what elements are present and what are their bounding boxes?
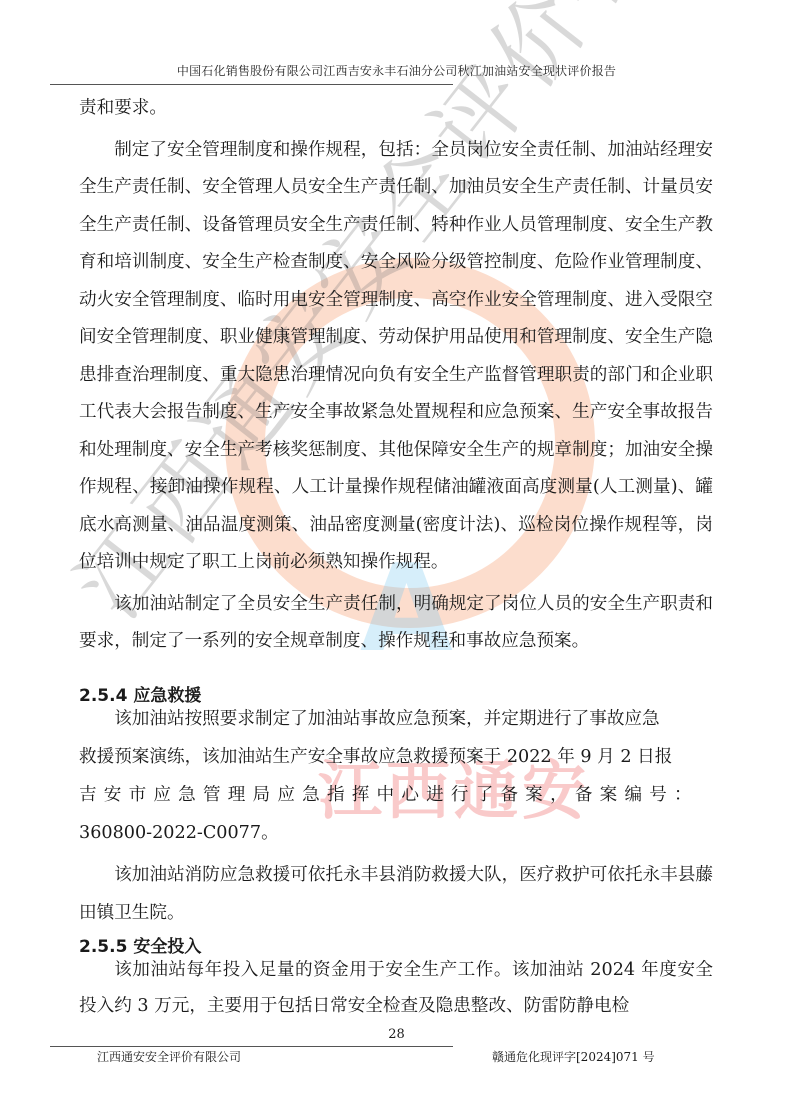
paragraph-emergency-line2: 救援预案演练，该加油站生产安全事故应急救援预案于 2022 年 9 月 2 日报 (79, 738, 713, 776)
footer-divider (50, 1046, 453, 1047)
paragraph-emergency-line3: 吉安市应急管理局应急指挥中心进行了备案，备案编号： (79, 776, 713, 814)
body-block-2: 该加油站按照要求制定了加油站事故应急预案，并定期进行了事故应急 救援预案演练，该… (79, 700, 713, 932)
body-block-1: 责和要求。 制定了安全管理制度和操作规程，包括：全员岗位安全责任制、加油站经理安… (79, 90, 713, 661)
footer-doc-number: 赣通危化现评字[2024]071 号 (492, 1048, 655, 1065)
document-page: 中国石化销售股份有限公司江西吉安永丰石油分公司秋江加油站安全现状评价报告 A 江… (0, 0, 793, 1120)
page-number: 28 (0, 1027, 793, 1042)
paragraph-summary: 该加油站制定了全员安全生产责任制，明确规定了岗位人员的安全生产职责和要求，制定了… (79, 586, 713, 661)
report-header-title: 中国石化销售股份有限公司江西吉安永丰石油分公司秋江加油站安全现状评价报告 (0, 62, 793, 79)
paragraph-safety-investment: 该加油站每年投入足量的资金用于安全生产工作。该加油站 2024 年度安全投入约 … (79, 952, 713, 1024)
footer-company: 江西通安安全评价有限公司 (97, 1048, 241, 1065)
header-divider (50, 84, 453, 85)
paragraph-rescue-support: 该加油站消防应急救援可依托永丰县消防救援大队，医疗救护可依托永丰县藤田镇卫生院。 (79, 856, 713, 932)
paragraph-safety-rules: 制定了安全管理制度和操作规程，包括：全员岗位安全责任制、加油站经理安全生产责任制… (79, 132, 713, 582)
body-block-3: 该加油站每年投入足量的资金用于安全生产工作。该加油站 2024 年度安全投入约 … (79, 952, 713, 1024)
paragraph-continuation: 责和要求。 (79, 90, 713, 128)
paragraph-emergency-line1: 该加油站按照要求制定了加油站事故应急预案，并定期进行了事故应急 (79, 700, 713, 738)
paragraph-emergency-line4: 360800-2022-C0077。 (79, 814, 713, 852)
